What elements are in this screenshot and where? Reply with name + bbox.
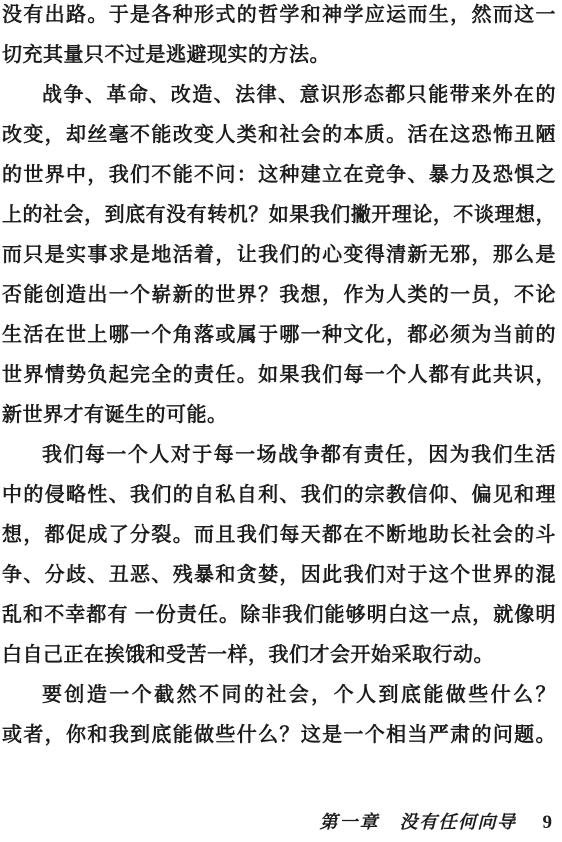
text-line: 否能创造出一个崭新的世界？我想，作为人类的一员，不论 xyxy=(2,282,556,322)
text-line: 争、分歧、丑恶、残暴和贪婪，因此我们对于这个世界的混 xyxy=(2,562,556,602)
text-line: 想，都促成了分裂。而且我们每天都在不断地助长社会的斗 xyxy=(2,522,556,562)
text-line: 世界情势负起完全的责任。如果我们每一个人都有此共识， xyxy=(2,362,556,402)
page-number: 9 xyxy=(543,811,553,835)
text-line: 没有出路。于是各种形式的哲学和神学应运而生，然而这一 xyxy=(2,2,556,42)
text-line: 我们每一个人对于每一场战争都有责任，因为我们生活 xyxy=(2,442,556,482)
paragraph: 要创造一个截然不同的社会，个人到底能做些什么？ 或者，你和我到底能做些什么？这是… xyxy=(2,682,556,762)
text-line: 要创造一个截然不同的社会，个人到底能做些什么？ xyxy=(2,682,556,722)
text-line: 切充其量只不过是逃避现实的方法。 xyxy=(2,42,556,82)
text-line: 改变，却丝毫不能改变人类和社会的本质。活在这恐怖丑陋 xyxy=(2,122,556,162)
body-text: 没有出路。于是各种形式的哲学和神学应运而生，然而这一 切充其量只不过是逃避现实的… xyxy=(2,2,556,762)
paragraph: 战争、革命、改造、法律、意识形态都只能带来外在的 改变，却丝毫不能改变人类和社会… xyxy=(2,82,556,442)
text-line: 而只是实事求是地活着，让我们的心变得清新无邪，那么是 xyxy=(2,242,556,282)
text-line: 白自己正在挨饿和受苦一样，我们才会开始采取行动。 xyxy=(2,642,556,682)
text-line: 新世界才有诞生的可能。 xyxy=(2,402,556,442)
book-page: 没有出路。于是各种形式的哲学和神学应运而生，然而这一 切充其量只不过是逃避现实的… xyxy=(0,0,562,842)
text-line: 乱和不幸都有 一份责任。除非我们能够明白这一点，就像明 xyxy=(2,602,556,642)
text-line: 生活在世上哪一个角落或属于哪一种文化，都必须为当前的 xyxy=(2,322,556,362)
text-line: 中的侵略性、我们的自私自利、我们的宗教信仰、偏见和理 xyxy=(2,482,556,522)
text-line: 的世界中，我们不能不问：这种建立在竞争、暴力及恐惧之 xyxy=(2,162,556,202)
text-line: 上的社会，到底有没有转机？如果我们撇开理论，不谈理想， xyxy=(2,202,556,242)
text-line: 或者，你和我到底能做些什么？这是一个相当严肃的问题。 xyxy=(2,722,556,762)
paragraph: 我们每一个人对于每一场战争都有责任，因为我们生活 中的侵略性、我们的自私自利、我… xyxy=(2,442,556,682)
page-footer: 第一章 没有任何向导 9 xyxy=(0,810,552,835)
paragraph: 没有出路。于是各种形式的哲学和神学应运而生，然而这一 切充其量只不过是逃避现实的… xyxy=(2,2,556,82)
footer-chapter-label: 第一章 xyxy=(320,810,380,834)
footer-chapter-title: 没有任何向导 xyxy=(400,810,517,834)
text-line: 战争、革命、改造、法律、意识形态都只能带来外在的 xyxy=(2,82,556,122)
